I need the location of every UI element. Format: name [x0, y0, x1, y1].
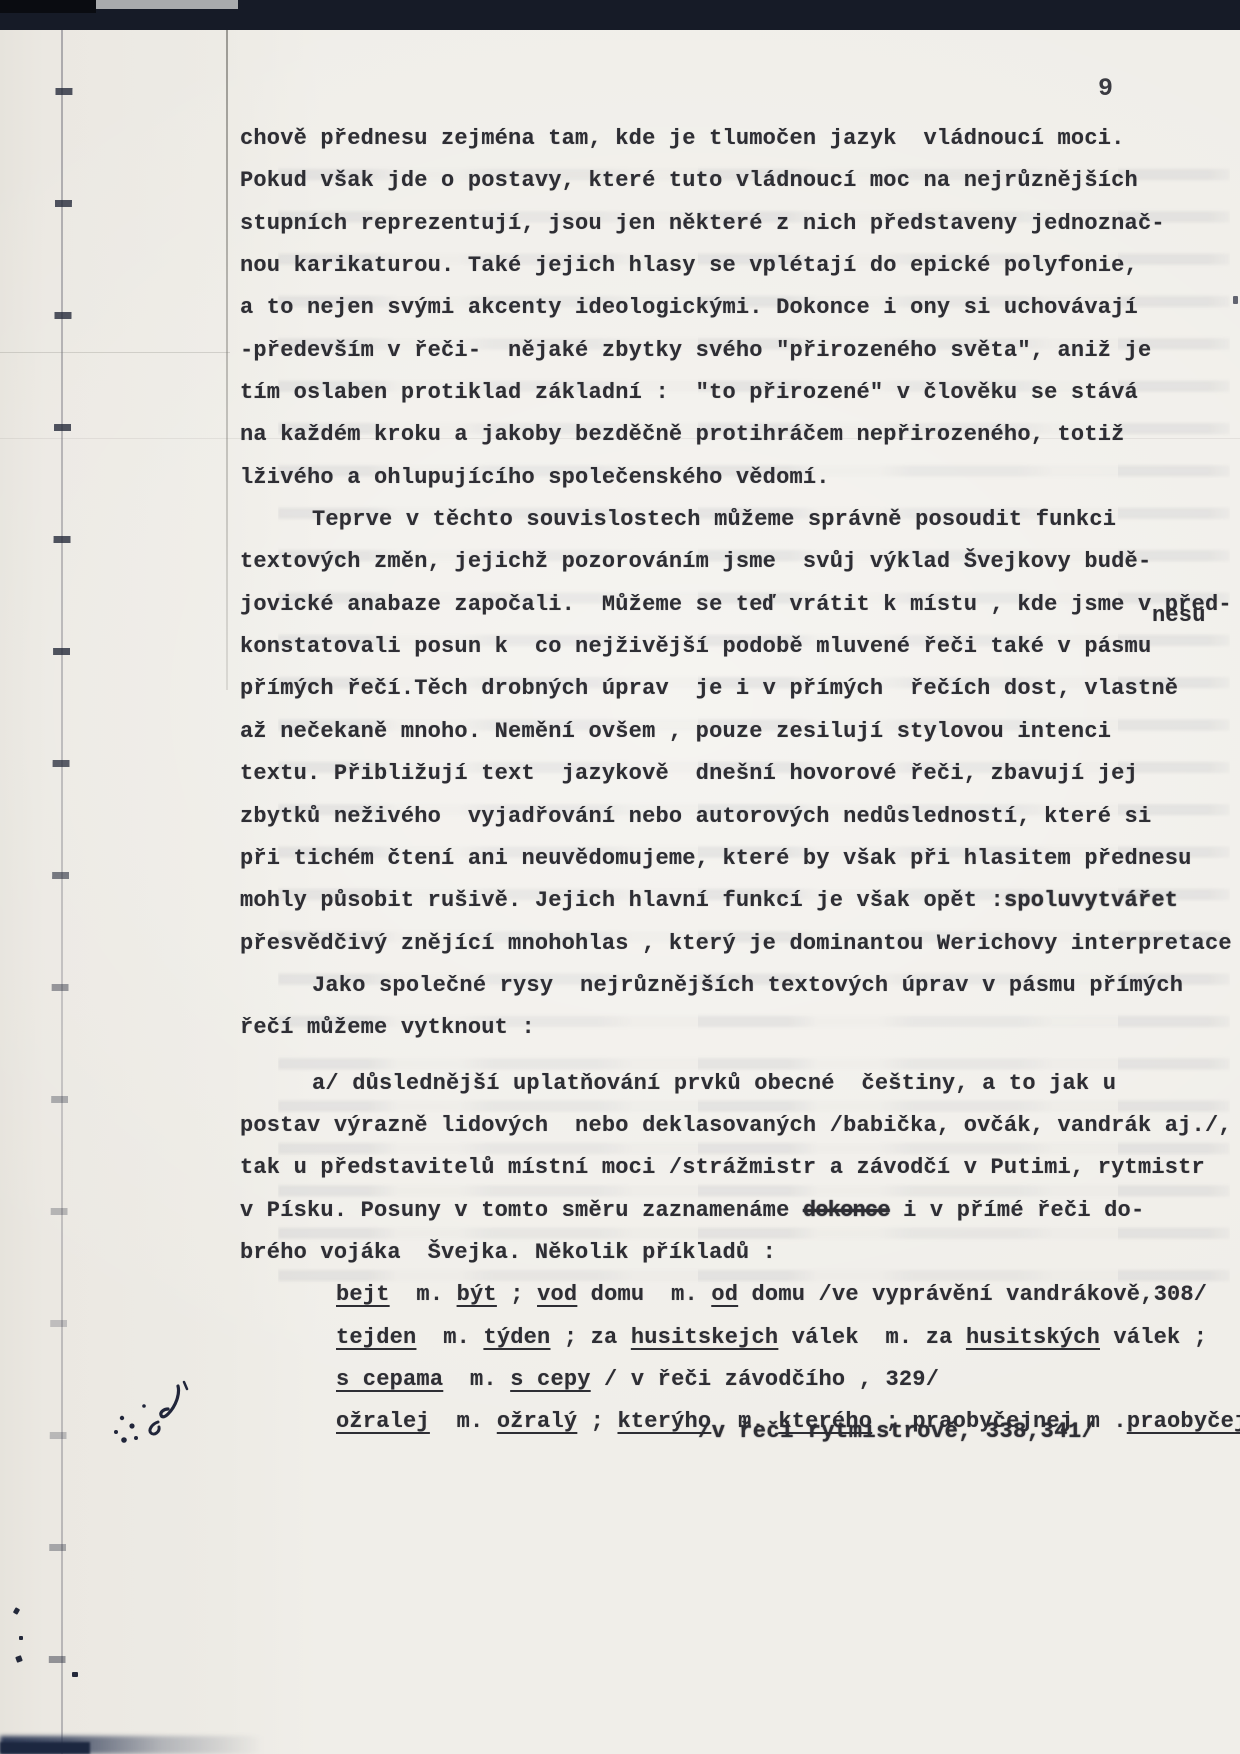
text-line: nou karikaturou. Také jejich hlasy se vp…: [240, 245, 1240, 287]
text-segment: v Písku. Posuny v tomto směru zaznamenám…: [240, 1198, 803, 1223]
text-segment: a/ důslednější uplatňování prvků obecné …: [312, 1071, 1116, 1096]
text-segment: -především v řeči- nějaké zbytky svého "…: [240, 338, 1151, 363]
text-segment: m.: [390, 1282, 457, 1307]
scanner-bottom-smudge-core: [0, 1742, 90, 1754]
text-segment: Teprve v těchto souvislostech můžeme spr…: [312, 507, 1116, 532]
scanner-top-corner: [0, 0, 96, 13]
text-line: postav výrazně lidových nebo deklasovaný…: [240, 1105, 1240, 1147]
text-segment: nou karikaturou. Také jejich hlasy se vp…: [240, 253, 1138, 278]
text-segment: domu /ve vyprávění vandrákově,308/: [738, 1282, 1207, 1307]
text-segment: Pokud však jde o postavy, které tuto vlá…: [240, 168, 1138, 193]
underlined-word: vod: [537, 1282, 577, 1307]
text-segment: m.: [443, 1367, 510, 1392]
text-line: na každém kroku a jakoby bezděčně protih…: [240, 414, 1240, 456]
underlined-word: praobyčej: [1127, 1409, 1240, 1434]
text-segment: na každém kroku a jakoby bezděčně protih…: [240, 422, 1125, 447]
text-line: tejden m. týden ; za husitskejch válek m…: [240, 1317, 1240, 1359]
text-segment: a to nejen svými akcenty ideologickými. …: [240, 295, 1138, 320]
text-segment: ;: [497, 1282, 537, 1307]
text-line: zbytků neživého vyjadřování nebo autorov…: [240, 796, 1240, 838]
text-line: Jako společné rysy nejrůznějších textový…: [240, 965, 1240, 1007]
text-segment: chově přednesu zejména tam, kde je tlumo…: [240, 126, 1125, 151]
underlined-word: s cepama: [336, 1367, 443, 1392]
underlined-word: tejden: [336, 1325, 416, 1350]
text-segment: stupních reprezentují, jsou jen některé …: [240, 211, 1165, 236]
text-segment: textu. Přibližují text jazykově dnešní h…: [240, 761, 1138, 786]
scanner-edge-gray-patch: [96, 0, 238, 9]
underlined-word: týden: [483, 1325, 550, 1350]
text-segment: zbytků neživého vyjadřování nebo autorov…: [240, 804, 1151, 829]
text-segment: konstatovali posun k co nejživější podob…: [240, 634, 1151, 659]
text-segment: při tichém čtení ani neuvědomujeme, kter…: [240, 846, 1192, 871]
text-segment: / v řeči závodčího , 329/: [591, 1367, 939, 1392]
text-segment: mohly působit rušivě. Jejich hlavní funk…: [240, 888, 1004, 913]
text-segment: válek m. za: [778, 1325, 966, 1350]
text-segment: postav výrazně lidových nebo deklasovaný…: [240, 1113, 1232, 1138]
text-line: stupních reprezentují, jsou jen některé …: [240, 203, 1240, 245]
text-line: brého vojáka Švejka. Několik příkladů :: [240, 1232, 1240, 1274]
text-line: s cepama m. s cepy / v řeči závodčího , …: [240, 1359, 1240, 1401]
horizontal-crease: [0, 352, 230, 353]
binding-stitch-marks: [49, 88, 73, 1688]
underlined-word: bejt: [336, 1282, 390, 1307]
text-line: při tichém čtení ani neuvědomujeme, kter…: [240, 838, 1240, 880]
text-segment: válek ;: [1100, 1325, 1207, 1350]
text-segment: přesvědčivý znějící mnohohlas , který je…: [240, 931, 1232, 956]
text-line: bejt m. být ; vod domu m. od domu /ve vy…: [240, 1274, 1240, 1316]
text-line: chově přednesu zejména tam, kde je tlumo…: [240, 118, 1240, 160]
text-line: a/ důslednější uplatňování prvků obecné …: [240, 1063, 1240, 1105]
text-segment: m.: [416, 1325, 483, 1350]
text-segment: /v řeči rytmistrově, 338,341/: [698, 1419, 1095, 1444]
text-segment: spoluvytvářet: [1004, 888, 1178, 913]
text-line: Teprve v těchto souvislostech můžeme spr…: [240, 499, 1240, 541]
text-line: přesvědčivý znějící mnohohlas , který je…: [240, 923, 1240, 965]
underlined-word: s cepy: [510, 1367, 590, 1392]
underlined-word: husitských: [966, 1325, 1100, 1350]
text-segment: Jako společné rysy nejrůznějších textový…: [312, 973, 1183, 998]
text-line: textových změn, jejichž pozorováním jsme…: [240, 541, 1240, 583]
underlined-word: ožralej: [336, 1409, 430, 1434]
ink-speck: [1233, 296, 1238, 304]
text-segment: ;: [577, 1409, 617, 1434]
text-line: nesu: [1152, 604, 1206, 628]
text-segment: jovické anabaze započali. Můžeme se teď …: [240, 592, 1232, 617]
text-line: tak u představitelů místní moci /strážmi…: [240, 1147, 1240, 1189]
text-line: v Písku. Posuny v tomto směru zaznamenám…: [240, 1190, 1240, 1232]
text-segment: domu m.: [577, 1282, 711, 1307]
text-line: mohly působit rušivě. Jejich hlavní funk…: [240, 880, 1240, 922]
text-line: řečí můžeme vytknout :: [240, 1007, 1240, 1049]
paper-fold-line: [226, 30, 228, 690]
text-segment: lživého a ohlupujícího společenského věd…: [240, 465, 830, 490]
text-line: lživého a ohlupujícího společenského věd…: [240, 457, 1240, 499]
ink-speck: [72, 1672, 78, 1677]
text-segment: ; za: [550, 1325, 630, 1350]
text-block: chově přednesu zejména tam, kde je tlumo…: [240, 118, 1240, 1444]
ink-speck: [15, 1655, 23, 1663]
ink-speck: [19, 1636, 23, 1640]
text-line: Pokud však jde o postavy, které tuto vlá…: [240, 160, 1240, 202]
underlined-word: být: [457, 1282, 497, 1307]
text-line: tím oslaben protiklad základní : "to při…: [240, 372, 1240, 414]
text-segment: i v přímé řeči do-: [890, 1198, 1145, 1223]
underlined-word: od: [711, 1282, 738, 1307]
text-line: a to nejen svými akcenty ideologickými. …: [240, 287, 1240, 329]
text-line: /v řeči rytmistrově, 338,341/: [698, 1420, 1095, 1444]
text-segment: tím oslaben protiklad základní : "to při…: [240, 380, 1138, 405]
page-number: 9: [1098, 74, 1113, 103]
text-line: až nečekaně mnoho. Nemění ovšem , pouze …: [240, 711, 1240, 753]
text-segment: textových změn, jejichž pozorováním jsme…: [240, 549, 1151, 574]
text-line: textu. Přibližují text jazykově dnešní h…: [240, 753, 1240, 795]
text-segment: nesu: [1152, 603, 1206, 628]
text-segment: řečí můžeme vytknout :: [240, 1015, 535, 1040]
text-segment: m.: [430, 1409, 497, 1434]
ink-speck: [13, 1607, 20, 1615]
text-line: přímých řečí.Těch drobných úprav je i v …: [240, 668, 1240, 710]
underlined-word: husitskejch: [631, 1325, 778, 1350]
struck-out-word: dokonce: [803, 1198, 890, 1223]
text-line: -především v řeči- nějaké zbytky svého "…: [240, 330, 1240, 372]
text-line: jovické anabaze započali. Můžeme se teď …: [240, 584, 1240, 626]
text-segment: brého vojáka Švejka. Několik příkladů :: [240, 1240, 776, 1265]
text-segment: až nečekaně mnoho. Nemění ovšem , pouze …: [240, 719, 1111, 744]
underlined-word: ožralý: [497, 1409, 577, 1434]
scanned-page: 9 chově přednesu zejména tam, kde je tlu…: [0, 0, 1240, 1754]
text-segment: přímých řečí.Těch drobných úprav je i v …: [240, 676, 1178, 701]
text-segment: tak u představitelů místní moci /strážmi…: [240, 1155, 1205, 1180]
handwritten-ink-mark: [106, 1376, 218, 1460]
text-line: konstatovali posun k co nejživější podob…: [240, 626, 1240, 668]
